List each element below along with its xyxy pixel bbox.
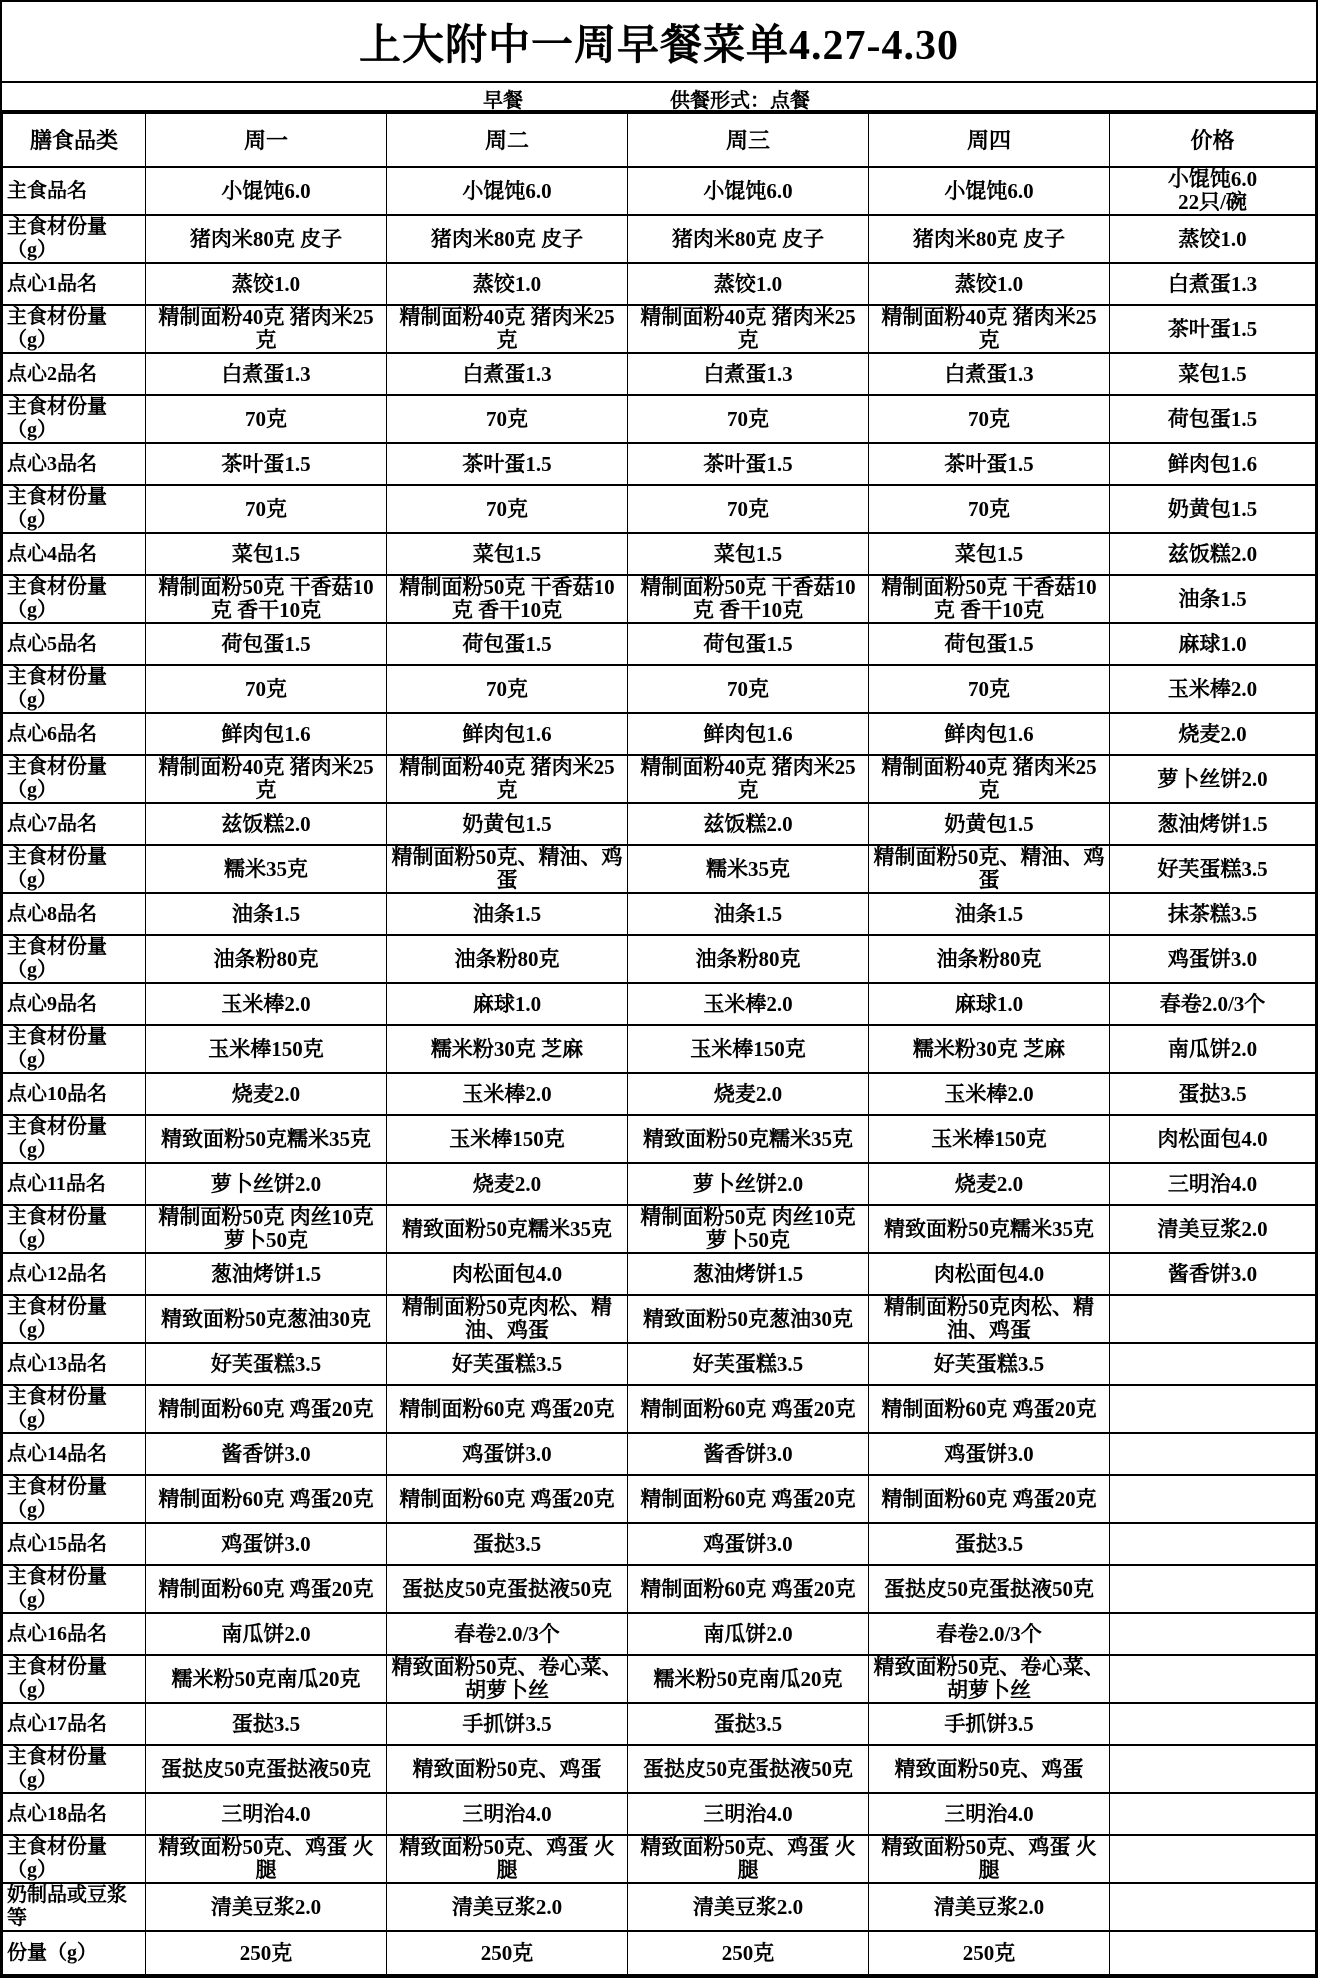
row-label: 主食材份量（g） xyxy=(3,1745,146,1793)
menu-cell: 小馄饨6.0 xyxy=(387,167,628,215)
table-row: 点心4品名菜包1.5菜包1.5菜包1.5菜包1.5兹饭糕2.0 xyxy=(3,533,1316,575)
menu-cell: 70克 xyxy=(387,395,628,443)
menu-cell: 精制面粉50克 干香菇10克 香干10克 xyxy=(628,575,869,623)
menu-cell: 南瓜饼2.0 xyxy=(146,1613,387,1655)
menu-cell: 三明治4.0 xyxy=(869,1793,1110,1835)
table-row: 主食材份量（g）70克70克70克70克玉米棒2.0 xyxy=(3,665,1316,713)
menu-cell: 鲜肉包1.6 xyxy=(146,713,387,755)
price-cell: 菜包1.5 xyxy=(1110,353,1316,395)
menu-table-body: 主食品名小馄饨6.0小馄饨6.0小馄饨6.0小馄饨6.0小馄饨6.0 22只/碗… xyxy=(3,167,1316,1975)
menu-cell: 70克 xyxy=(146,665,387,713)
price-cell: 好芙蛋糕3.5 xyxy=(1110,845,1316,893)
menu-cell: 好芙蛋糕3.5 xyxy=(146,1343,387,1385)
table-row: 点心11品名萝卜丝饼2.0烧麦2.0萝卜丝饼2.0烧麦2.0三明治4.0 xyxy=(3,1163,1316,1205)
menu-cell: 菜包1.5 xyxy=(146,533,387,575)
table-row: 点心5品名荷包蛋1.5荷包蛋1.5荷包蛋1.5荷包蛋1.5麻球1.0 xyxy=(3,623,1316,665)
menu-cell: 精致面粉50克、鸡蛋 xyxy=(387,1745,628,1793)
menu-cell: 糯米粉30克 芝麻 xyxy=(869,1025,1110,1073)
table-row: 点心17品名蛋挞3.5手抓饼3.5蛋挞3.5手抓饼3.5 xyxy=(3,1703,1316,1745)
table-row: 奶制品或豆浆等清美豆浆2.0清美豆浆2.0清美豆浆2.0清美豆浆2.0 xyxy=(3,1883,1316,1931)
menu-cell: 精制面粉60克 鸡蛋20克 xyxy=(869,1475,1110,1523)
menu-cell: 鸡蛋饼3.0 xyxy=(869,1433,1110,1475)
price-cell: 小馄饨6.0 22只/碗 xyxy=(1110,167,1316,215)
menu-cell: 茶叶蛋1.5 xyxy=(146,443,387,485)
price-cell: 春卷2.0/3个 xyxy=(1110,983,1316,1025)
price-cell: 萝卜丝饼2.0 xyxy=(1110,755,1316,803)
price-cell: 南瓜饼2.0 xyxy=(1110,1025,1316,1073)
row-label: 主食材份量（g） xyxy=(3,395,146,443)
menu-cell: 清美豆浆2.0 xyxy=(146,1883,387,1931)
menu-cell: 荷包蛋1.5 xyxy=(628,623,869,665)
menu-cell: 精制面粉40克 猪肉米25克 xyxy=(146,755,387,803)
price-cell: 肉松面包4.0 xyxy=(1110,1115,1316,1163)
table-row: 主食材份量（g）糯米粉50克南瓜20克精致面粉50克、卷心菜、胡萝卜丝糯米粉50… xyxy=(3,1655,1316,1703)
menu-cell: 烧麦2.0 xyxy=(387,1163,628,1205)
table-row: 主食材份量（g）猪肉米80克 皮子猪肉米80克 皮子猪肉米80克 皮子猪肉米80… xyxy=(3,215,1316,263)
menu-cell: 菜包1.5 xyxy=(869,533,1110,575)
table-row: 主食材份量（g）精致面粉50克糯米35克玉米棒150克精致面粉50克糯米35克玉… xyxy=(3,1115,1316,1163)
menu-cell: 70克 xyxy=(869,665,1110,713)
menu-cell: 糯米粉50克南瓜20克 xyxy=(628,1655,869,1703)
menu-cell: 70克 xyxy=(628,395,869,443)
price-cell xyxy=(1110,1385,1316,1433)
menu-cell: 鲜肉包1.6 xyxy=(869,713,1110,755)
meal-label: 早餐 xyxy=(483,84,523,113)
table-row: 主食材份量（g）精制面粉40克 猪肉米25克精制面粉40克 猪肉米25克精制面粉… xyxy=(3,755,1316,803)
menu-cell: 三明治4.0 xyxy=(146,1793,387,1835)
table-row: 主食材份量（g）精制面粉60克 鸡蛋20克精制面粉60克 鸡蛋20克精制面粉60… xyxy=(3,1385,1316,1433)
table-header-row: 膳食品类 周一 周二 周三 周四 价格 xyxy=(3,113,1316,167)
menu-cell: 精制面粉60克 鸡蛋20克 xyxy=(628,1385,869,1433)
subheader-row: 早餐 供餐形式：点餐 xyxy=(2,83,1316,112)
header-tuesday: 周二 xyxy=(387,113,628,167)
price-cell: 麻球1.0 xyxy=(1110,623,1316,665)
price-cell: 清美豆浆2.0 xyxy=(1110,1205,1316,1253)
menu-cell: 精致面粉50克糯米35克 xyxy=(869,1205,1110,1253)
price-cell: 鲜肉包1.6 xyxy=(1110,443,1316,485)
menu-cell: 三明治4.0 xyxy=(387,1793,628,1835)
menu-cell: 蛋挞皮50克蛋挞液50克 xyxy=(146,1745,387,1793)
menu-cell: 70克 xyxy=(387,485,628,533)
row-label: 主食材份量（g） xyxy=(3,665,146,713)
menu-cell: 精制面粉60克 鸡蛋20克 xyxy=(628,1475,869,1523)
table-row: 主食材份量（g）精制面粉50克 干香菇10克 香干10克精制面粉50克 干香菇1… xyxy=(3,575,1316,623)
menu-cell: 精制面粉50克、精油、鸡蛋 xyxy=(387,845,628,893)
menu-cell: 好芙蛋糕3.5 xyxy=(869,1343,1110,1385)
row-label: 点心14品名 xyxy=(3,1433,146,1475)
menu-cell: 春卷2.0/3个 xyxy=(387,1613,628,1655)
table-row: 主食材份量（g）糯米35克精制面粉50克、精油、鸡蛋糯米35克精制面粉50克、精… xyxy=(3,845,1316,893)
menu-cell: 鸡蛋饼3.0 xyxy=(628,1523,869,1565)
menu-cell: 精制面粉40克 猪肉米25克 xyxy=(869,755,1110,803)
menu-cell: 蛋挞3.5 xyxy=(387,1523,628,1565)
price-cell xyxy=(1110,1565,1316,1613)
serve-style-label: 供餐形式：点餐 xyxy=(670,84,810,113)
menu-cell: 精制面粉40克 猪肉米25克 xyxy=(146,305,387,353)
menu-cell: 茶叶蛋1.5 xyxy=(387,443,628,485)
price-cell xyxy=(1110,1523,1316,1565)
menu-cell: 70克 xyxy=(628,665,869,713)
menu-cell: 油条粉80克 xyxy=(146,935,387,983)
price-cell xyxy=(1110,1295,1316,1343)
menu-cell: 玉米棒2.0 xyxy=(146,983,387,1025)
table-row: 主食材份量（g）精制面粉40克 猪肉米25克精制面粉40克 猪肉米25克精制面粉… xyxy=(3,305,1316,353)
menu-cell: 玉米棒2.0 xyxy=(869,1073,1110,1115)
menu-cell: 鸡蛋饼3.0 xyxy=(387,1433,628,1475)
table-row: 份量（g）250克250克250克250克 xyxy=(3,1931,1316,1975)
table-row: 主食品名小馄饨6.0小馄饨6.0小馄饨6.0小馄饨6.0小馄饨6.0 22只/碗 xyxy=(3,167,1316,215)
menu-cell: 小馄饨6.0 xyxy=(869,167,1110,215)
table-row: 点心15品名鸡蛋饼3.0蛋挞3.5鸡蛋饼3.0蛋挞3.5 xyxy=(3,1523,1316,1565)
row-label: 点心11品名 xyxy=(3,1163,146,1205)
menu-cell: 蛋挞皮50克蛋挞液50克 xyxy=(869,1565,1110,1613)
table-row: 点心16品名南瓜饼2.0春卷2.0/3个南瓜饼2.0春卷2.0/3个 xyxy=(3,1613,1316,1655)
price-cell xyxy=(1110,1931,1316,1975)
table-row: 主食材份量（g）70克70克70克70克奶黄包1.5 xyxy=(3,485,1316,533)
table-row: 主食材份量（g）精制面粉60克 鸡蛋20克蛋挞皮50克蛋挞液50克精制面粉60克… xyxy=(3,1565,1316,1613)
page-title: 上大附中一周早餐菜单4.27-4.30 xyxy=(2,2,1316,83)
menu-cell: 精制面粉40克 猪肉米25克 xyxy=(869,305,1110,353)
table-row: 点心9品名玉米棒2.0麻球1.0玉米棒2.0麻球1.0春卷2.0/3个 xyxy=(3,983,1316,1025)
menu-cell: 烧麦2.0 xyxy=(869,1163,1110,1205)
table-row: 点心8品名油条1.5油条1.5油条1.5油条1.5抹茶糕3.5 xyxy=(3,893,1316,935)
price-cell: 茶叶蛋1.5 xyxy=(1110,305,1316,353)
menu-cell: 精制面粉40克 猪肉米25克 xyxy=(628,305,869,353)
menu-cell: 糯米35克 xyxy=(628,845,869,893)
price-cell: 酱香饼3.0 xyxy=(1110,1253,1316,1295)
menu-cell: 酱香饼3.0 xyxy=(628,1433,869,1475)
menu-cell: 精致面粉50克、卷心菜、胡萝卜丝 xyxy=(387,1655,628,1703)
row-label: 点心3品名 xyxy=(3,443,146,485)
row-label: 点心5品名 xyxy=(3,623,146,665)
table-row: 点心1品名蒸饺1.0蒸饺1.0蒸饺1.0蒸饺1.0白煮蛋1.3 xyxy=(3,263,1316,305)
menu-cell: 精致面粉50克、鸡蛋 火腿 xyxy=(628,1835,869,1883)
price-cell xyxy=(1110,1883,1316,1931)
menu-cell: 蒸饺1.0 xyxy=(869,263,1110,305)
menu-cell: 蛋挞3.5 xyxy=(146,1703,387,1745)
menu-cell: 葱油烤饼1.5 xyxy=(146,1253,387,1295)
menu-cell: 70克 xyxy=(387,665,628,713)
menu-cell: 精制面粉40克 猪肉米25克 xyxy=(387,755,628,803)
menu-cell: 鲜肉包1.6 xyxy=(628,713,869,755)
menu-cell: 萝卜丝饼2.0 xyxy=(146,1163,387,1205)
menu-cell: 清美豆浆2.0 xyxy=(869,1883,1110,1931)
menu-cell: 葱油烤饼1.5 xyxy=(628,1253,869,1295)
menu-cell: 精致面粉50克、鸡蛋 xyxy=(869,1745,1110,1793)
price-cell: 白煮蛋1.3 xyxy=(1110,263,1316,305)
row-label: 主食材份量（g） xyxy=(3,1655,146,1703)
price-cell xyxy=(1110,1835,1316,1883)
row-label: 点心7品名 xyxy=(3,803,146,845)
menu-cell: 好芙蛋糕3.5 xyxy=(387,1343,628,1385)
menu-cell: 玉米棒2.0 xyxy=(628,983,869,1025)
menu-cell: 蒸饺1.0 xyxy=(387,263,628,305)
menu-cell: 精制面粉50克 肉丝10克 萝卜50克 xyxy=(628,1205,869,1253)
menu-cell: 荷包蛋1.5 xyxy=(869,623,1110,665)
menu-sheet: 上大附中一周早餐菜单4.27-4.30 早餐 供餐形式：点餐 膳食品类 周一 周… xyxy=(0,0,1318,1978)
menu-cell: 烧麦2.0 xyxy=(628,1073,869,1115)
menu-cell: 麻球1.0 xyxy=(869,983,1110,1025)
row-label: 主食材份量（g） xyxy=(3,1205,146,1253)
row-label: 奶制品或豆浆等 xyxy=(3,1883,146,1931)
menu-cell: 精制面粉50克 干香菇10克 香干10克 xyxy=(146,575,387,623)
menu-cell: 油条1.5 xyxy=(146,893,387,935)
menu-cell: 手抓饼3.5 xyxy=(869,1703,1110,1745)
table-row: 点心18品名三明治4.0三明治4.0三明治4.0三明治4.0 xyxy=(3,1793,1316,1835)
menu-cell: 三明治4.0 xyxy=(628,1793,869,1835)
header-wednesday: 周三 xyxy=(628,113,869,167)
menu-cell: 70克 xyxy=(869,395,1110,443)
menu-cell: 荷包蛋1.5 xyxy=(146,623,387,665)
menu-cell: 玉米棒2.0 xyxy=(387,1073,628,1115)
row-label: 主食材份量（g） xyxy=(3,1475,146,1523)
menu-cell: 茶叶蛋1.5 xyxy=(628,443,869,485)
menu-cell: 油条1.5 xyxy=(628,893,869,935)
menu-cell: 白煮蛋1.3 xyxy=(869,353,1110,395)
row-label: 主食品名 xyxy=(3,167,146,215)
menu-cell: 小馄饨6.0 xyxy=(146,167,387,215)
menu-cell: 春卷2.0/3个 xyxy=(869,1613,1110,1655)
row-label: 点心8品名 xyxy=(3,893,146,935)
price-cell xyxy=(1110,1655,1316,1703)
row-label: 主食材份量（g） xyxy=(3,845,146,893)
menu-cell: 烧麦2.0 xyxy=(146,1073,387,1115)
menu-cell: 精制面粉50克肉松、精油、鸡蛋 xyxy=(869,1295,1110,1343)
menu-cell: 清美豆浆2.0 xyxy=(628,1883,869,1931)
menu-cell: 菜包1.5 xyxy=(387,533,628,575)
table-row: 点心7品名兹饭糕2.0奶黄包1.5兹饭糕2.0奶黄包1.5葱油烤饼1.5 xyxy=(3,803,1316,845)
price-cell xyxy=(1110,1703,1316,1745)
menu-cell: 油条粉80克 xyxy=(387,935,628,983)
row-label: 点心1品名 xyxy=(3,263,146,305)
menu-cell: 猪肉米80克 皮子 xyxy=(146,215,387,263)
menu-cell: 南瓜饼2.0 xyxy=(628,1613,869,1655)
price-cell: 鸡蛋饼3.0 xyxy=(1110,935,1316,983)
menu-cell: 精制面粉60克 鸡蛋20克 xyxy=(628,1565,869,1613)
header-category: 膳食品类 xyxy=(3,113,146,167)
menu-cell: 油条粉80克 xyxy=(869,935,1110,983)
header-thursday: 周四 xyxy=(869,113,1110,167)
price-cell: 蒸饺1.0 xyxy=(1110,215,1316,263)
menu-cell: 清美豆浆2.0 xyxy=(387,1883,628,1931)
menu-cell: 精致面粉50克葱油30克 xyxy=(146,1295,387,1343)
price-cell xyxy=(1110,1745,1316,1793)
menu-cell: 糯米粉30克 芝麻 xyxy=(387,1025,628,1073)
table-row: 点心10品名烧麦2.0玉米棒2.0烧麦2.0玉米棒2.0蛋挞3.5 xyxy=(3,1073,1316,1115)
menu-cell: 油条1.5 xyxy=(387,893,628,935)
menu-cell: 精致面粉50克、鸡蛋 火腿 xyxy=(387,1835,628,1883)
menu-cell: 猪肉米80克 皮子 xyxy=(387,215,628,263)
row-label: 主食材份量（g） xyxy=(3,1565,146,1613)
menu-cell: 70克 xyxy=(628,485,869,533)
price-cell xyxy=(1110,1793,1316,1835)
menu-cell: 玉米棒150克 xyxy=(869,1115,1110,1163)
row-label: 主食材份量（g） xyxy=(3,305,146,353)
row-label: 点心9品名 xyxy=(3,983,146,1025)
menu-cell: 兹饭糕2.0 xyxy=(146,803,387,845)
menu-cell: 精制面粉50克 干香菇10克 香干10克 xyxy=(869,575,1110,623)
menu-cell: 麻球1.0 xyxy=(387,983,628,1025)
menu-cell: 250克 xyxy=(628,1931,869,1975)
header-monday: 周一 xyxy=(146,113,387,167)
row-label: 点心16品名 xyxy=(3,1613,146,1655)
menu-cell: 玉米棒150克 xyxy=(146,1025,387,1073)
menu-cell: 白煮蛋1.3 xyxy=(146,353,387,395)
menu-cell: 精制面粉50克 肉丝10克 萝卜50克 xyxy=(146,1205,387,1253)
menu-cell: 精制面粉40克 猪肉米25克 xyxy=(628,755,869,803)
row-label: 点心10品名 xyxy=(3,1073,146,1115)
menu-cell: 精制面粉50克 干香菇10克 香干10克 xyxy=(387,575,628,623)
menu-cell: 70克 xyxy=(869,485,1110,533)
menu-cell: 70克 xyxy=(146,395,387,443)
menu-cell: 250克 xyxy=(869,1931,1110,1975)
table-row: 主食材份量（g）精制面粉60克 鸡蛋20克精制面粉60克 鸡蛋20克精制面粉60… xyxy=(3,1475,1316,1523)
menu-cell: 精致面粉50克葱油30克 xyxy=(628,1295,869,1343)
menu-cell: 糯米35克 xyxy=(146,845,387,893)
menu-cell: 精致面粉50克糯米35克 xyxy=(628,1115,869,1163)
table-row: 主食材份量（g）油条粉80克油条粉80克油条粉80克油条粉80克鸡蛋饼3.0 xyxy=(3,935,1316,983)
table-row: 主食材份量（g）精致面粉50克、鸡蛋 火腿精致面粉50克、鸡蛋 火腿精致面粉50… xyxy=(3,1835,1316,1883)
row-label: 主食材份量（g） xyxy=(3,215,146,263)
menu-cell: 猪肉米80克 皮子 xyxy=(628,215,869,263)
menu-cell: 肉松面包4.0 xyxy=(869,1253,1110,1295)
price-cell: 玉米棒2.0 xyxy=(1110,665,1316,713)
menu-cell: 精致面粉50克、鸡蛋 火腿 xyxy=(869,1835,1110,1883)
menu-cell: 70克 xyxy=(146,485,387,533)
menu-cell: 精致面粉50克、鸡蛋 火腿 xyxy=(146,1835,387,1883)
row-label: 份量（g） xyxy=(3,1931,146,1975)
table-row: 点心6品名鲜肉包1.6鲜肉包1.6鲜肉包1.6鲜肉包1.6烧麦2.0 xyxy=(3,713,1316,755)
table-row: 主食材份量（g）精制面粉50克 肉丝10克 萝卜50克精致面粉50克糯米35克精… xyxy=(3,1205,1316,1253)
row-label: 主食材份量（g） xyxy=(3,575,146,623)
menu-cell: 白煮蛋1.3 xyxy=(628,353,869,395)
menu-cell: 兹饭糕2.0 xyxy=(628,803,869,845)
table-row: 点心3品名茶叶蛋1.5茶叶蛋1.5茶叶蛋1.5茶叶蛋1.5鲜肉包1.6 xyxy=(3,443,1316,485)
menu-cell: 手抓饼3.5 xyxy=(387,1703,628,1745)
menu-cell: 猪肉米80克 皮子 xyxy=(869,215,1110,263)
table-row: 主食材份量（g）玉米棒150克糯米粉30克 芝麻玉米棒150克糯米粉30克 芝麻… xyxy=(3,1025,1316,1073)
menu-cell: 奶黄包1.5 xyxy=(869,803,1110,845)
menu-cell: 精制面粉60克 鸡蛋20克 xyxy=(387,1385,628,1433)
menu-cell: 精制面粉60克 鸡蛋20克 xyxy=(869,1385,1110,1433)
row-label: 点心2品名 xyxy=(3,353,146,395)
menu-cell: 玉米棒150克 xyxy=(628,1025,869,1073)
menu-cell: 荷包蛋1.5 xyxy=(387,623,628,665)
row-label: 主食材份量（g） xyxy=(3,1835,146,1883)
table-row: 主食材份量（g）70克70克70克70克荷包蛋1.5 xyxy=(3,395,1316,443)
row-label: 点心13品名 xyxy=(3,1343,146,1385)
menu-cell: 精致面粉50克糯米35克 xyxy=(146,1115,387,1163)
row-label: 主食材份量（g） xyxy=(3,755,146,803)
menu-cell: 精制面粉60克 鸡蛋20克 xyxy=(146,1385,387,1433)
price-cell: 烧麦2.0 xyxy=(1110,713,1316,755)
menu-cell: 白煮蛋1.3 xyxy=(387,353,628,395)
table-row: 点心13品名好芙蛋糕3.5好芙蛋糕3.5好芙蛋糕3.5好芙蛋糕3.5 xyxy=(3,1343,1316,1385)
menu-cell: 小馄饨6.0 xyxy=(628,167,869,215)
menu-cell: 蛋挞3.5 xyxy=(869,1523,1110,1565)
row-label: 主食材份量（g） xyxy=(3,1025,146,1073)
price-cell: 荷包蛋1.5 xyxy=(1110,395,1316,443)
price-cell xyxy=(1110,1475,1316,1523)
menu-cell: 蒸饺1.0 xyxy=(628,263,869,305)
menu-cell: 精制面粉60克 鸡蛋20克 xyxy=(146,1565,387,1613)
menu-cell: 蛋挞皮50克蛋挞液50克 xyxy=(628,1745,869,1793)
menu-cell: 250克 xyxy=(387,1931,628,1975)
table-row: 点心2品名白煮蛋1.3白煮蛋1.3白煮蛋1.3白煮蛋1.3菜包1.5 xyxy=(3,353,1316,395)
table-row: 点心14品名酱香饼3.0鸡蛋饼3.0酱香饼3.0鸡蛋饼3.0 xyxy=(3,1433,1316,1475)
menu-cell: 糯米粉50克南瓜20克 xyxy=(146,1655,387,1703)
menu-cell: 精致面粉50克糯米35克 xyxy=(387,1205,628,1253)
row-label: 主食材份量（g） xyxy=(3,1295,146,1343)
row-label: 主食材份量（g） xyxy=(3,1115,146,1163)
price-cell: 三明治4.0 xyxy=(1110,1163,1316,1205)
row-label: 点心18品名 xyxy=(3,1793,146,1835)
menu-cell: 精制面粉40克 猪肉米25克 xyxy=(387,305,628,353)
price-cell: 兹饭糕2.0 xyxy=(1110,533,1316,575)
menu-cell: 精制面粉50克、精油、鸡蛋 xyxy=(869,845,1110,893)
menu-cell: 精制面粉60克 鸡蛋20克 xyxy=(146,1475,387,1523)
row-label: 点心6品名 xyxy=(3,713,146,755)
price-cell xyxy=(1110,1433,1316,1475)
price-cell xyxy=(1110,1343,1316,1385)
menu-cell: 精制面粉50克肉松、精油、鸡蛋 xyxy=(387,1295,628,1343)
menu-cell: 酱香饼3.0 xyxy=(146,1433,387,1475)
price-cell: 葱油烤饼1.5 xyxy=(1110,803,1316,845)
price-cell xyxy=(1110,1613,1316,1655)
header-price: 价格 xyxy=(1110,113,1316,167)
menu-cell: 鲜肉包1.6 xyxy=(387,713,628,755)
menu-cell: 好芙蛋糕3.5 xyxy=(628,1343,869,1385)
menu-table: 膳食品类 周一 周二 周三 周四 价格 主食品名小馄饨6.0小馄饨6.0小馄饨6… xyxy=(2,112,1316,1976)
row-label: 点心4品名 xyxy=(3,533,146,575)
row-label: 点心15品名 xyxy=(3,1523,146,1565)
menu-cell: 精制面粉60克 鸡蛋20克 xyxy=(387,1475,628,1523)
row-label: 主食材份量（g） xyxy=(3,485,146,533)
row-label: 点心12品名 xyxy=(3,1253,146,1295)
menu-cell: 蒸饺1.0 xyxy=(146,263,387,305)
menu-cell: 250克 xyxy=(146,1931,387,1975)
menu-cell: 精致面粉50克、卷心菜、胡萝卜丝 xyxy=(869,1655,1110,1703)
menu-cell: 油条1.5 xyxy=(869,893,1110,935)
table-row: 点心12品名葱油烤饼1.5肉松面包4.0葱油烤饼1.5肉松面包4.0酱香饼3.0 xyxy=(3,1253,1316,1295)
price-cell: 油条1.5 xyxy=(1110,575,1316,623)
menu-cell: 肉松面包4.0 xyxy=(387,1253,628,1295)
menu-cell: 油条粉80克 xyxy=(628,935,869,983)
menu-cell: 奶黄包1.5 xyxy=(387,803,628,845)
price-cell: 抹茶糕3.5 xyxy=(1110,893,1316,935)
table-row: 主食材份量（g）精致面粉50克葱油30克精制面粉50克肉松、精油、鸡蛋精致面粉5… xyxy=(3,1295,1316,1343)
price-cell: 蛋挞3.5 xyxy=(1110,1073,1316,1115)
menu-cell: 蛋挞皮50克蛋挞液50克 xyxy=(387,1565,628,1613)
row-label: 主食材份量（g） xyxy=(3,935,146,983)
menu-cell: 茶叶蛋1.5 xyxy=(869,443,1110,485)
menu-cell: 玉米棒150克 xyxy=(387,1115,628,1163)
row-label: 主食材份量（g） xyxy=(3,1385,146,1433)
menu-cell: 萝卜丝饼2.0 xyxy=(628,1163,869,1205)
row-label: 点心17品名 xyxy=(3,1703,146,1745)
table-row: 主食材份量（g）蛋挞皮50克蛋挞液50克精致面粉50克、鸡蛋蛋挞皮50克蛋挞液5… xyxy=(3,1745,1316,1793)
menu-cell: 鸡蛋饼3.0 xyxy=(146,1523,387,1565)
menu-cell: 菜包1.5 xyxy=(628,533,869,575)
menu-cell: 蛋挞3.5 xyxy=(628,1703,869,1745)
price-cell: 奶黄包1.5 xyxy=(1110,485,1316,533)
